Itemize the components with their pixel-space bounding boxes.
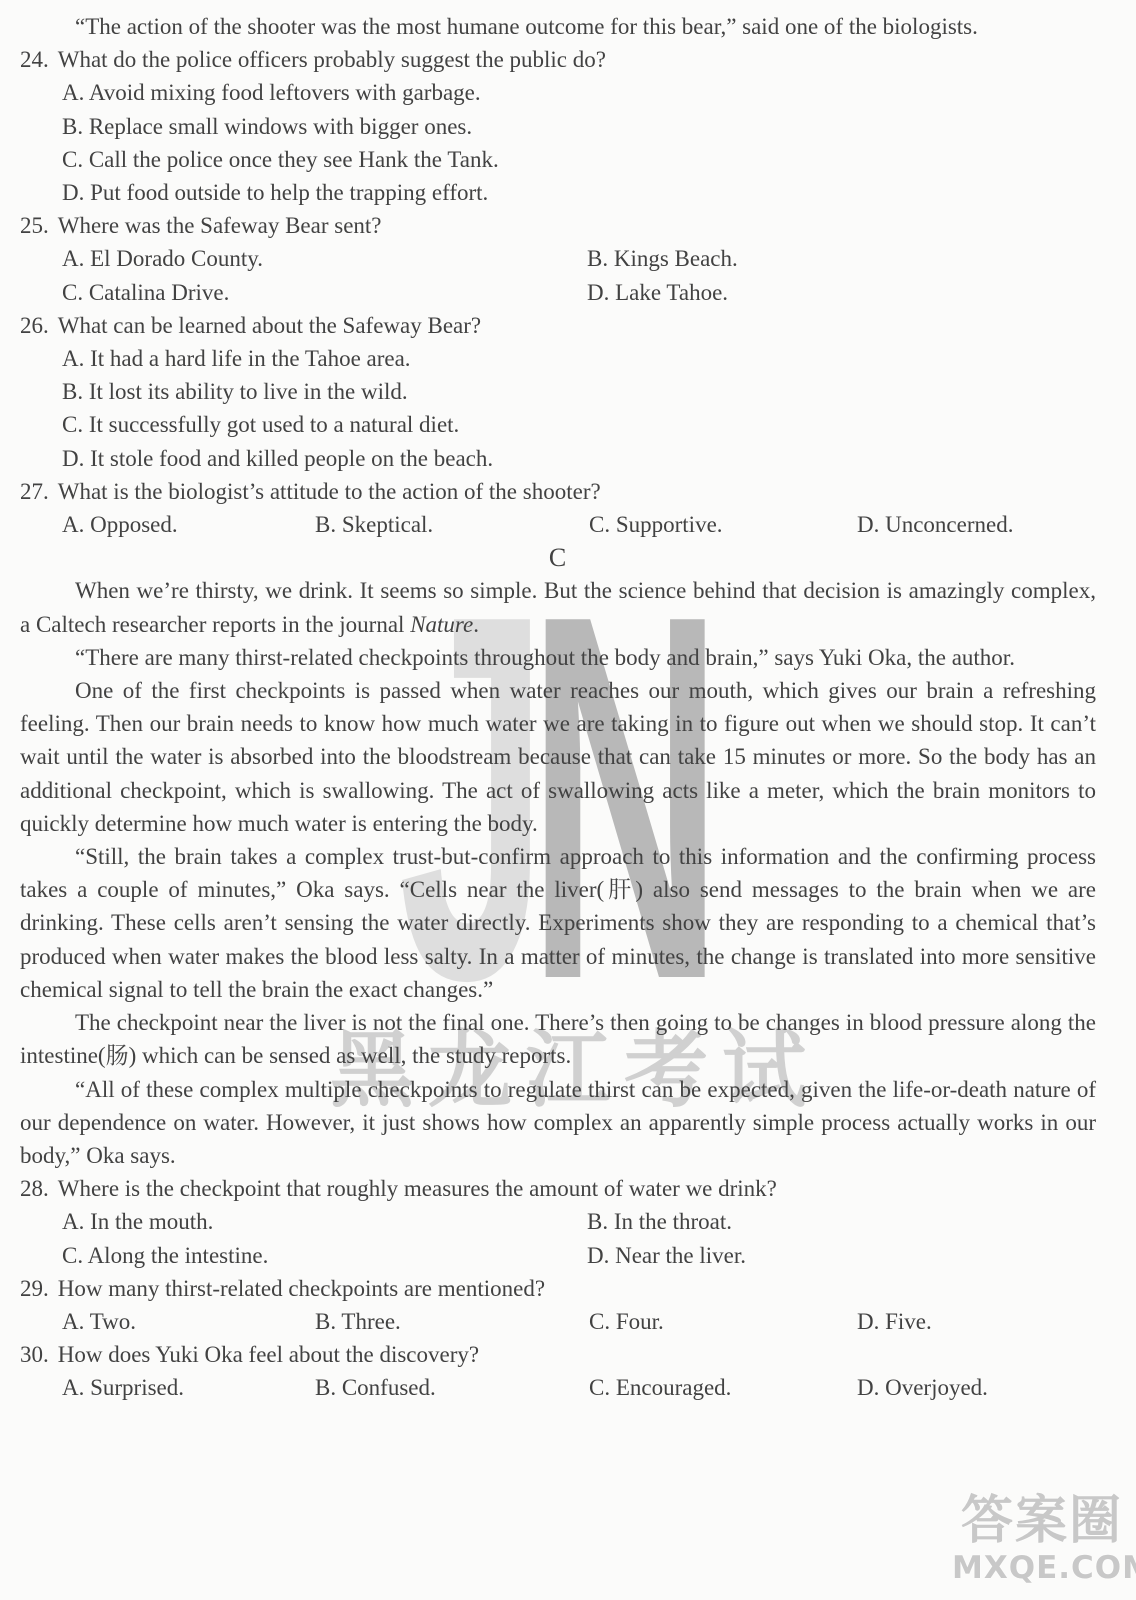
passage-p1-text-b: . [473,612,479,637]
question-29-number: 29. [20,1276,49,1301]
question-28-text: Where is the checkpoint that roughly mea… [58,1176,777,1201]
question-26-text: What can be learned about the Safeway Be… [58,313,481,338]
exam-page: “The action of the shooter was the most … [0,0,1136,1405]
option-30-b: B. Confused. [315,1371,589,1404]
option-26-c: C. It successfully got used to a natural… [62,408,1096,441]
question-27: 27.What is the biologist’s attitude to t… [20,475,1096,541]
question-24-text: What do the police officers probably sug… [58,47,606,72]
question-24: 24.What do the police officers probably … [20,43,1096,209]
option-27-c: C. Supportive. [589,508,857,541]
question-26: 26.What can be learned about the Safeway… [20,309,1096,475]
option-24-d: D. Put food outside to help the trapping… [62,176,1096,209]
question-25-number: 25. [20,213,49,238]
passage-p1-journal-name: Nature [410,612,473,637]
passage-paragraph-6: “All of these complex multiple checkpoin… [20,1073,1096,1173]
question-25-text: Where was the Safeway Bear sent? [58,213,382,238]
question-26-options: A. It had a hard life in the Tahoe area.… [62,342,1096,475]
option-24-a: A. Avoid mixing food leftovers with garb… [62,76,1096,109]
question-29: 29.How many thirst-related checkpoints a… [20,1272,1096,1338]
passage-paragraph-5: The checkpoint near the liver is not the… [20,1006,1096,1072]
option-28-c: C. Along the intestine. [62,1239,587,1272]
option-26-d: D. It stole food and killed people on th… [62,442,1096,475]
corner-watermark-logo: 答案圈 [952,1492,1132,1550]
option-29-a: A. Two. [62,1305,315,1338]
option-27-a: A. Opposed. [62,508,315,541]
question-29-line: 29.How many thirst-related checkpoints a… [20,1272,1096,1305]
question-26-line: 26.What can be learned about the Safeway… [20,309,1096,342]
question-28-number: 28. [20,1176,49,1201]
question-30-text: How does Yuki Oka feel about the discove… [58,1342,479,1367]
option-27-b: B. Skeptical. [315,508,589,541]
passage-p1-text-a: When we’re thirsty, we drink. It seems s… [20,578,1096,636]
question-28-line: 28.Where is the checkpoint that roughly … [20,1172,1096,1205]
question-25-options: A. El Dorado County. B. Kings Beach. C. … [62,242,1096,308]
passage-paragraph-4: “Still, the brain takes a complex trust-… [20,840,1096,1006]
option-29-d: D. Five. [857,1305,1096,1338]
question-30-options: A. Surprised. B. Confused. C. Encouraged… [62,1371,1096,1404]
option-27-d: D. Unconcerned. [857,508,1096,541]
option-28-d: D. Near the liver. [587,1239,1096,1272]
question-27-number: 27. [20,479,49,504]
option-30-d: D. Overjoyed. [857,1371,1096,1404]
passage-paragraph-1: When we’re thirsty, we drink. It seems s… [20,574,1096,640]
question-25: 25.Where was the Safeway Bear sent? A. E… [20,209,1096,309]
question-30-number: 30. [20,1342,49,1367]
option-26-a: A. It had a hard life in the Tahoe area. [62,342,1096,375]
passage-paragraph-3: One of the first checkpoints is passed w… [20,674,1096,840]
question-27-line: 27.What is the biologist’s attitude to t… [20,475,1096,508]
question-24-number: 24. [20,47,49,72]
passage-paragraph-2: “There are many thirst-related checkpoin… [20,641,1096,674]
option-29-c: C. Four. [589,1305,857,1338]
question-28-options: A. In the mouth. B. In the throat. C. Al… [62,1205,1096,1271]
question-27-text: What is the biologist’s attitude to the … [58,479,601,504]
option-29-b: B. Three. [315,1305,589,1338]
option-28-a: A. In the mouth. [62,1205,587,1238]
question-24-line: 24.What do the police officers probably … [20,43,1096,76]
option-30-a: A. Surprised. [62,1371,315,1404]
option-25-b: B. Kings Beach. [587,242,1096,275]
option-30-c: C. Encouraged. [589,1371,857,1404]
question-25-line: 25.Where was the Safeway Bear sent? [20,209,1096,242]
option-28-b: B. In the throat. [587,1205,1096,1238]
passage-section-heading: C [20,541,1096,574]
corner-watermark-site: MXQE.COM [952,1550,1132,1586]
option-26-b: B. It lost its ability to live in the wi… [62,375,1096,408]
question-29-options: A. Two. B. Three. C. Four. D. Five. [62,1305,1096,1338]
lead-paragraph: “The action of the shooter was the most … [20,10,1096,43]
option-24-c: C. Call the police once they see Hank th… [62,143,1096,176]
question-30: 30.How does Yuki Oka feel about the disc… [20,1338,1096,1404]
corner-watermark: 答案圈 MXQE.COM [952,1492,1132,1586]
question-29-text: How many thirst-related checkpoints are … [58,1276,545,1301]
question-27-options: A. Opposed. B. Skeptical. C. Supportive.… [62,508,1096,541]
option-25-a: A. El Dorado County. [62,242,587,275]
question-24-options: A. Avoid mixing food leftovers with garb… [62,76,1096,209]
option-25-c: C. Catalina Drive. [62,276,587,309]
option-25-d: D. Lake Tahoe. [587,276,1096,309]
question-28: 28.Where is the checkpoint that roughly … [20,1172,1096,1272]
question-30-line: 30.How does Yuki Oka feel about the disc… [20,1338,1096,1371]
option-24-b: B. Replace small windows with bigger one… [62,110,1096,143]
question-26-number: 26. [20,313,49,338]
